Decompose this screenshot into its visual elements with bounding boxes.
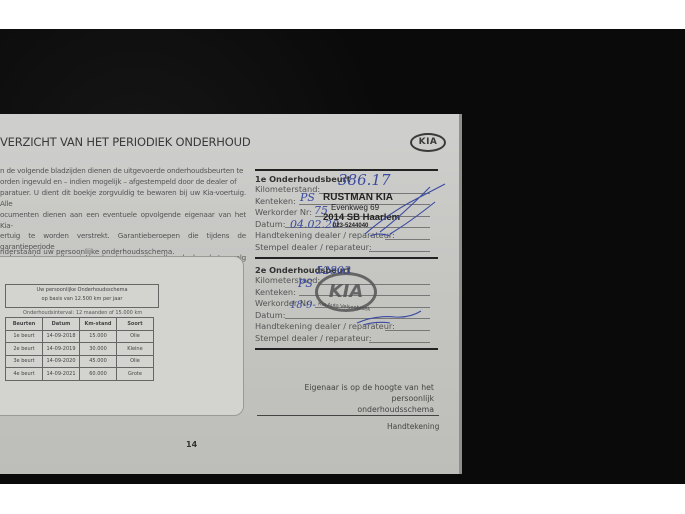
schema-heading: Uw persoonlijke Onderhoudsschema op basi… bbox=[5, 284, 159, 308]
divider bbox=[255, 348, 438, 350]
schema-interval: Onderhoudsinterval: 12 maanden of 15.000… bbox=[23, 310, 142, 316]
field-label: Kenteken: bbox=[255, 196, 296, 206]
intro-line: paratuer. U dient dit boekje zorgvuldig … bbox=[0, 188, 246, 210]
cell: 14-09-2020 bbox=[43, 355, 80, 368]
cell: Olie bbox=[117, 355, 154, 368]
column-header: Datum bbox=[43, 318, 80, 331]
table-row: 3e beurt 14-09-2020 45.000 Olie bbox=[6, 355, 154, 368]
signature-label: Handtekening bbox=[387, 422, 439, 431]
table-row: 4e beurt 14-09-2021 60.000 Grote bbox=[6, 368, 154, 381]
intro-line: orden ingevuld en – indien mogelijk – af… bbox=[0, 177, 246, 188]
cell: 4e beurt bbox=[6, 368, 43, 381]
column-header: Soort bbox=[117, 318, 154, 331]
schedule-table: Beurten Datum Km-stand Soort 1e beurt 14… bbox=[5, 317, 154, 381]
owner-note-line: Eigenaar is op de hoogte van het persoon… bbox=[270, 382, 434, 404]
handwritten-kilometerstand: 52803 bbox=[316, 264, 351, 277]
intro-line: ocumenten dienen aan een eventuele opvol… bbox=[0, 210, 246, 232]
maintenance-booklet-page: VERZICHT VAN HET PERIODIEK ONDERHOUD KIA… bbox=[0, 114, 462, 474]
cell: Kleine bbox=[117, 343, 154, 356]
cell: 45.000 bbox=[80, 355, 117, 368]
schema-heading-line: Uw persoonlijke Onderhoudsschema bbox=[6, 286, 158, 295]
cell: Olie bbox=[117, 330, 154, 343]
signature-1-icon bbox=[360, 182, 450, 242]
table-row: 1e beurt 14-09-2018 15.000 Olie bbox=[6, 330, 154, 343]
schema-heading-line: op basis van 12.500 km per jaar bbox=[6, 295, 158, 304]
table-header-row: Beurten Datum Km-stand Soort bbox=[6, 318, 154, 331]
column-header: Beurten bbox=[6, 318, 43, 331]
cell: 15.000 bbox=[80, 330, 117, 343]
field-label: Datum: bbox=[255, 219, 285, 229]
column-header: Km-stand bbox=[80, 318, 117, 331]
cell: 30.000 bbox=[80, 343, 117, 356]
field-label: Stempel dealer / reparateur: bbox=[255, 242, 372, 252]
page-number: 14 bbox=[186, 440, 197, 449]
field-stempel: Stempel dealer / reparateur: bbox=[255, 333, 438, 345]
cell: 60.000 bbox=[80, 368, 117, 381]
cell: 3e beurt bbox=[6, 355, 43, 368]
signature-2-icon bbox=[355, 309, 425, 329]
cell: 14-09-2019 bbox=[43, 343, 80, 356]
cell: Grote bbox=[117, 368, 154, 381]
field-stempel: Stempel dealer / reparateur: bbox=[255, 242, 438, 254]
table-row: 2e beurt 14-09-2019 30.000 Kleine bbox=[6, 343, 154, 356]
divider bbox=[255, 257, 438, 259]
cell: 14-09-2018 bbox=[43, 330, 80, 343]
signature-line bbox=[257, 415, 439, 416]
cell: 1e beurt bbox=[6, 330, 43, 343]
intro-footer: nderstaand uw persoonlijke onderhoudssch… bbox=[0, 247, 175, 256]
field-label: Stempel dealer / reparateur: bbox=[255, 333, 372, 343]
owner-note-line: onderhoudsschema bbox=[270, 404, 434, 415]
owner-acknowledgement: Eigenaar is op de hoogte van het persoon… bbox=[270, 382, 434, 415]
cell: 14-09-2021 bbox=[43, 368, 80, 381]
kia-logo-icon: KIA bbox=[410, 133, 446, 152]
handwritten-datum: 18-9- bbox=[290, 300, 316, 311]
field-label: Kenteken: bbox=[255, 287, 296, 297]
field-label: Werkorder Nr: bbox=[255, 207, 312, 217]
handwritten-kenteken: PS bbox=[298, 277, 313, 290]
page-title: VERZICHT VAN HET PERIODIEK ONDERHOUD bbox=[0, 135, 250, 149]
maintenance-schema-box: Uw persoonlijke Onderhoudsschema op basi… bbox=[0, 256, 244, 416]
cell: 2e beurt bbox=[6, 343, 43, 356]
intro-line: n de volgende bladzijden dienen de uitge… bbox=[0, 166, 246, 177]
field-label: Datum: bbox=[255, 310, 285, 320]
handwritten-kenteken: PS bbox=[300, 191, 315, 204]
